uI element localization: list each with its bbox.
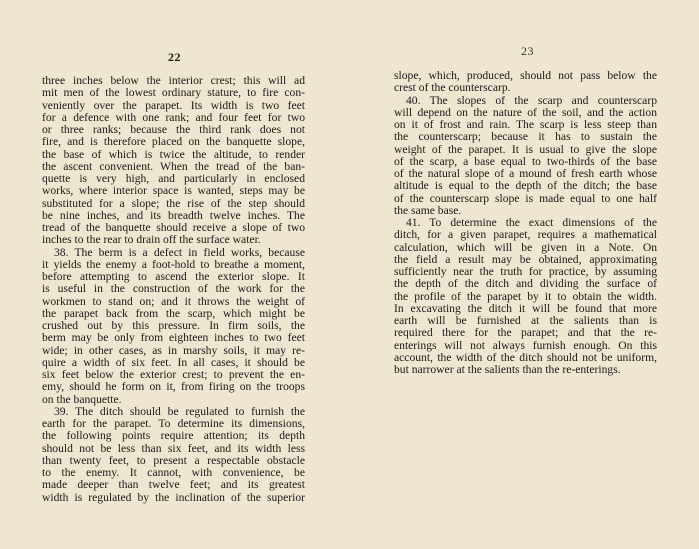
text-line: the base of which is twice the altitude,… bbox=[42, 149, 305, 161]
text-line: the depth of the ditch and dividing the … bbox=[394, 278, 657, 290]
text-line: width is regulated by the inclination of… bbox=[42, 492, 305, 504]
right-page: 23 slope, which, produced, should not pa… bbox=[350, 0, 699, 549]
text-line: calculation, which will be given in a No… bbox=[394, 242, 657, 254]
text-line: emy, should he form on it, from firing o… bbox=[42, 381, 305, 393]
page-body: three inches below the interior crest; t… bbox=[42, 75, 305, 504]
text-line: of the counterscarp slope is made equal … bbox=[394, 193, 657, 205]
text-line: wide; in other cases, as in marshy soils… bbox=[42, 345, 305, 357]
text-line: ditch, for a given parapet, requires a m… bbox=[394, 229, 657, 241]
page-number: 22 bbox=[168, 50, 181, 65]
text-line: the following points require attention; … bbox=[42, 430, 305, 442]
page-number: 23 bbox=[521, 44, 534, 59]
text-line: altitude is equal to the depth of the di… bbox=[394, 180, 657, 192]
text-line: workmen to stand on; and it throws the w… bbox=[42, 296, 305, 308]
text-line: berm may be only from eighteen inches to… bbox=[42, 332, 305, 344]
text-line: crest of the counterscarp. bbox=[394, 82, 657, 94]
text-line: substituted for a slope; the rise of the… bbox=[42, 198, 305, 210]
text-line: but narrower at the salients than the re… bbox=[394, 364, 657, 376]
text-line: on the banquette. bbox=[42, 394, 305, 406]
left-page: 22 three inches below the interior crest… bbox=[0, 0, 350, 549]
text-line: fire, and is therefore placed on the ban… bbox=[42, 136, 305, 148]
text-line: should not be less than six feet, and it… bbox=[42, 443, 305, 455]
text-line: weight of the parapet. It is usual to gi… bbox=[394, 144, 657, 156]
text-line: 40. The slopes of the scarp and counters… bbox=[394, 95, 657, 107]
text-line: is useful in the construction of the wor… bbox=[42, 283, 305, 295]
text-line: mit men of the lowest ordinary stature, … bbox=[42, 87, 305, 99]
page-body: slope, which, produced, should not pass … bbox=[394, 70, 657, 376]
text-line: veniently over the parapet. Its width is… bbox=[42, 100, 305, 112]
text-line: enterings will not always furnish enough… bbox=[394, 340, 657, 352]
text-line: the profile of the parapet by it to obta… bbox=[394, 291, 657, 303]
text-line: inches to the rear to drain off the surf… bbox=[42, 234, 305, 246]
text-line: 38. The berm is a defect in field works,… bbox=[42, 247, 305, 259]
text-line: the counterscarp; because it has to sust… bbox=[394, 131, 657, 143]
text-line: required there for the parapet; and that… bbox=[394, 327, 657, 339]
text-line: works, where interior space is wanted, s… bbox=[42, 185, 305, 197]
text-line: made deeper than twelve feet; and its gr… bbox=[42, 479, 305, 491]
